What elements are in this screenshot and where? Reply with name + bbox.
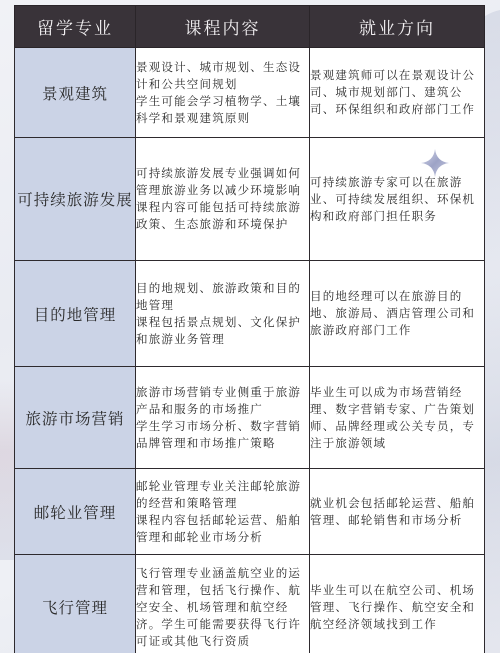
career-direction: 就业机会包括邮轮运营、船舶 管理、邮轮销售和市场分析 xyxy=(310,469,485,555)
text-line: 营和管理，包括飞行操作、航 xyxy=(136,582,309,599)
table-row: 旅游市场营销 旅游市场营销专业侧重于旅游 产品和服务的市场推广 学生学习市场分析… xyxy=(15,367,485,469)
course-content: 可持续旅游发展专业强调如何 管理旅游业务以减少环境影响 课程内容可能包括可持续旅… xyxy=(136,138,310,261)
table-row: 邮轮业管理 邮轮业管理专业关注邮轮旅游 的经营和策略管理 课程内容包括邮轮运营、… xyxy=(15,469,485,555)
major-name: 旅游市场营销 xyxy=(15,367,136,469)
text-line: 可证或其他飞行资质 xyxy=(136,633,309,650)
text-line: 济。学生可能需要获得飞行许 xyxy=(136,616,309,633)
text-line: 目的地经理可以在旅游目的 xyxy=(310,288,484,305)
career-direction: 景观建筑师可以在景观设计公 司、城市规划部门、建筑公 司、环保组织和政府部门工作 xyxy=(310,48,485,138)
study-major-table: 留学专业 课程内容 就业方向 景观建筑 景观设计、城市规划、生态设 计和公共空间… xyxy=(14,5,485,653)
text-line: 品牌管理和市场推广策略 xyxy=(136,435,309,452)
major-name: 飞行管理 xyxy=(15,555,136,653)
text-line: 计和公共空间规划 xyxy=(136,76,309,93)
text-line: 学生学习市场分析、数字营销 xyxy=(136,418,309,435)
sparkle-star-icon xyxy=(421,149,449,177)
text-line: 可持续旅游发展专业强调如何 xyxy=(136,165,309,182)
career-direction: 可持续旅游专家可以在旅游 业、可持续发展组织、环保机 构和政府部门担任职务 xyxy=(310,138,485,261)
text-line: 产品和服务的市场推广 xyxy=(136,401,309,418)
text-line: 政策、生态旅游和环境保护 xyxy=(136,216,309,233)
text-line: 和旅游业务管理 xyxy=(136,331,309,348)
text-line: 司、城市规划部门、建筑公 xyxy=(310,84,484,101)
text-line: 地管理 xyxy=(136,297,309,314)
text-line: 课程内容可能包括可持续旅游 xyxy=(136,199,309,216)
career-direction: 毕业生可以成为市场营销经 理、数字营销专家、广告策划 师、品牌经理或公关专员，专… xyxy=(310,367,485,469)
header-career-direction: 就业方向 xyxy=(310,6,485,48)
text-line: 航空经济领域找到工作 xyxy=(310,616,484,633)
text-line: 旅游政府部门工作 xyxy=(310,322,484,339)
text-line: 旅游市场营销专业侧重于旅游 xyxy=(136,384,309,401)
text-line: 空安全、机场管理和航空经 xyxy=(136,599,309,616)
text-line: 管理和邮轮业市场分析 xyxy=(136,529,309,546)
text-line: 目的地规划、旅游政策和目的 xyxy=(136,280,309,297)
major-name: 景观建筑 xyxy=(15,48,136,138)
text-line: 课程内容包括邮轮运营、船舶 xyxy=(136,512,309,529)
text-line: 课程包括景点规划、文化保护 xyxy=(136,314,309,331)
career-direction: 毕业生可以在航空公司、机场 管理、飞行操作、航空安全和 航空经济领域找到工作 xyxy=(310,555,485,653)
text-line: 管理旅游业务以减少环境影响 xyxy=(136,182,309,199)
table-row: 可持续旅游发展 可持续旅游发展专业强调如何 管理旅游业务以减少环境影响 课程内容… xyxy=(15,138,485,261)
major-name: 目的地管理 xyxy=(15,261,136,367)
table-row: 景观建筑 景观设计、城市规划、生态设 计和公共空间规划 学生可能会学习植物学、土… xyxy=(15,48,485,138)
career-direction: 目的地经理可以在旅游目的 地、旅游局、酒店管理公司和 旅游政府部门工作 xyxy=(310,261,485,367)
text-line: 景观设计、城市规划、生态设 xyxy=(136,59,309,76)
text-line: 的经营和策略管理 xyxy=(136,495,309,512)
text-line: 理、数字营销专家、广告策划 xyxy=(310,401,484,418)
course-content: 邮轮业管理专业关注邮轮旅游 的经营和策略管理 课程内容包括邮轮运营、船舶 管理和… xyxy=(136,469,310,555)
course-content: 旅游市场营销专业侧重于旅游 产品和服务的市场推广 学生学习市场分析、数字营销 品… xyxy=(136,367,310,469)
text-line: 管理、飞行操作、航空安全和 xyxy=(310,599,484,616)
text-line: 邮轮业管理专业关注邮轮旅游 xyxy=(136,478,309,495)
header-course-content: 课程内容 xyxy=(136,6,310,48)
text-line: 管理、邮轮销售和市场分析 xyxy=(310,512,484,529)
text-line: 地、旅游局、酒店管理公司和 xyxy=(310,305,484,322)
text-line: 司、环保组织和政府部门工作 xyxy=(310,101,484,118)
text-line: 毕业生可以成为市场营销经 xyxy=(310,384,484,401)
text-line: 师、品牌经理或公关专员，专 xyxy=(310,418,484,435)
text-line: 学生可能会学习植物学、土壤 xyxy=(136,93,309,110)
text-line: 注于旅游领域 xyxy=(310,435,484,452)
table-row: 飞行管理 飞行管理专业涵盖航空业的运 营和管理，包括飞行操作、航 空安全、机场管… xyxy=(15,555,485,653)
course-content: 景观设计、城市规划、生态设 计和公共空间规划 学生可能会学习植物学、土壤 科学和… xyxy=(136,48,310,138)
table-header-row: 留学专业 课程内容 就业方向 xyxy=(15,6,485,48)
major-name: 邮轮业管理 xyxy=(15,469,136,555)
text-line: 可持续旅游专家可以在旅游 xyxy=(310,174,484,191)
text-line: 就业机会包括邮轮运营、船舶 xyxy=(310,495,484,512)
text-line: 毕业生可以在航空公司、机场 xyxy=(310,582,484,599)
text-line: 科学和景观建筑原则 xyxy=(136,110,309,127)
table-row: 目的地管理 目的地规划、旅游政策和目的 地管理 课程包括景点规划、文化保护 和旅… xyxy=(15,261,485,367)
text-line: 飞行管理专业涵盖航空业的运 xyxy=(136,565,309,582)
text-line: 景观建筑师可以在景观设计公 xyxy=(310,67,484,84)
major-name: 可持续旅游发展 xyxy=(15,138,136,261)
header-major: 留学专业 xyxy=(15,6,136,48)
text-line: 构和政府部门担任职务 xyxy=(310,208,484,225)
course-content: 目的地规划、旅游政策和目的 地管理 课程包括景点规划、文化保护 和旅游业务管理 xyxy=(136,261,310,367)
course-content: 飞行管理专业涵盖航空业的运 营和管理，包括飞行操作、航 空安全、机场管理和航空经… xyxy=(136,555,310,653)
text-line: 业、可持续发展组织、环保机 xyxy=(310,191,484,208)
